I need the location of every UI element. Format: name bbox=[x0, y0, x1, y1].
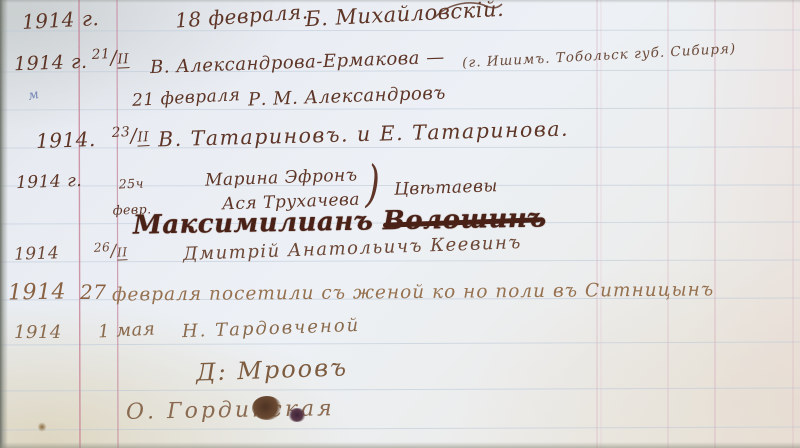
paper-speck bbox=[38, 422, 46, 432]
entry-year: 1914 bbox=[8, 279, 66, 305]
entry-date: 1 мая bbox=[97, 319, 155, 343]
ledger-page: 1914 г. 18 февраля. Б. Михайловскій. 191… bbox=[0, 0, 800, 448]
entry-family-name: Цвѣтаевы bbox=[394, 176, 498, 200]
scan-edge-bottom bbox=[0, 442, 800, 448]
entry-year: 1914 г. bbox=[16, 171, 83, 193]
entry-names: Д: Мроовъ bbox=[196, 353, 349, 386]
ink-blot-small bbox=[288, 408, 306, 422]
entry-year: 1914 г. bbox=[14, 51, 88, 76]
entry-date: 27 bbox=[80, 280, 106, 304]
entry-date: 25ч февр. bbox=[111, 163, 152, 216]
entry-year: 1914. bbox=[36, 127, 97, 153]
grouping-brace: ) bbox=[365, 155, 380, 214]
entry-year: 1914 bbox=[14, 322, 62, 343]
scan-edge-left bbox=[0, 0, 8, 448]
pen-flourish bbox=[432, 0, 504, 20]
entry-date: 21/II bbox=[91, 45, 129, 70]
entry-year: 1914 г. bbox=[21, 6, 99, 34]
entry-date: 23/II bbox=[111, 123, 149, 148]
entry-date: 26/II bbox=[93, 239, 128, 262]
ink-blot bbox=[252, 396, 282, 420]
entry-year: 1914 bbox=[14, 243, 60, 265]
scan-edge-top bbox=[0, 0, 800, 3]
